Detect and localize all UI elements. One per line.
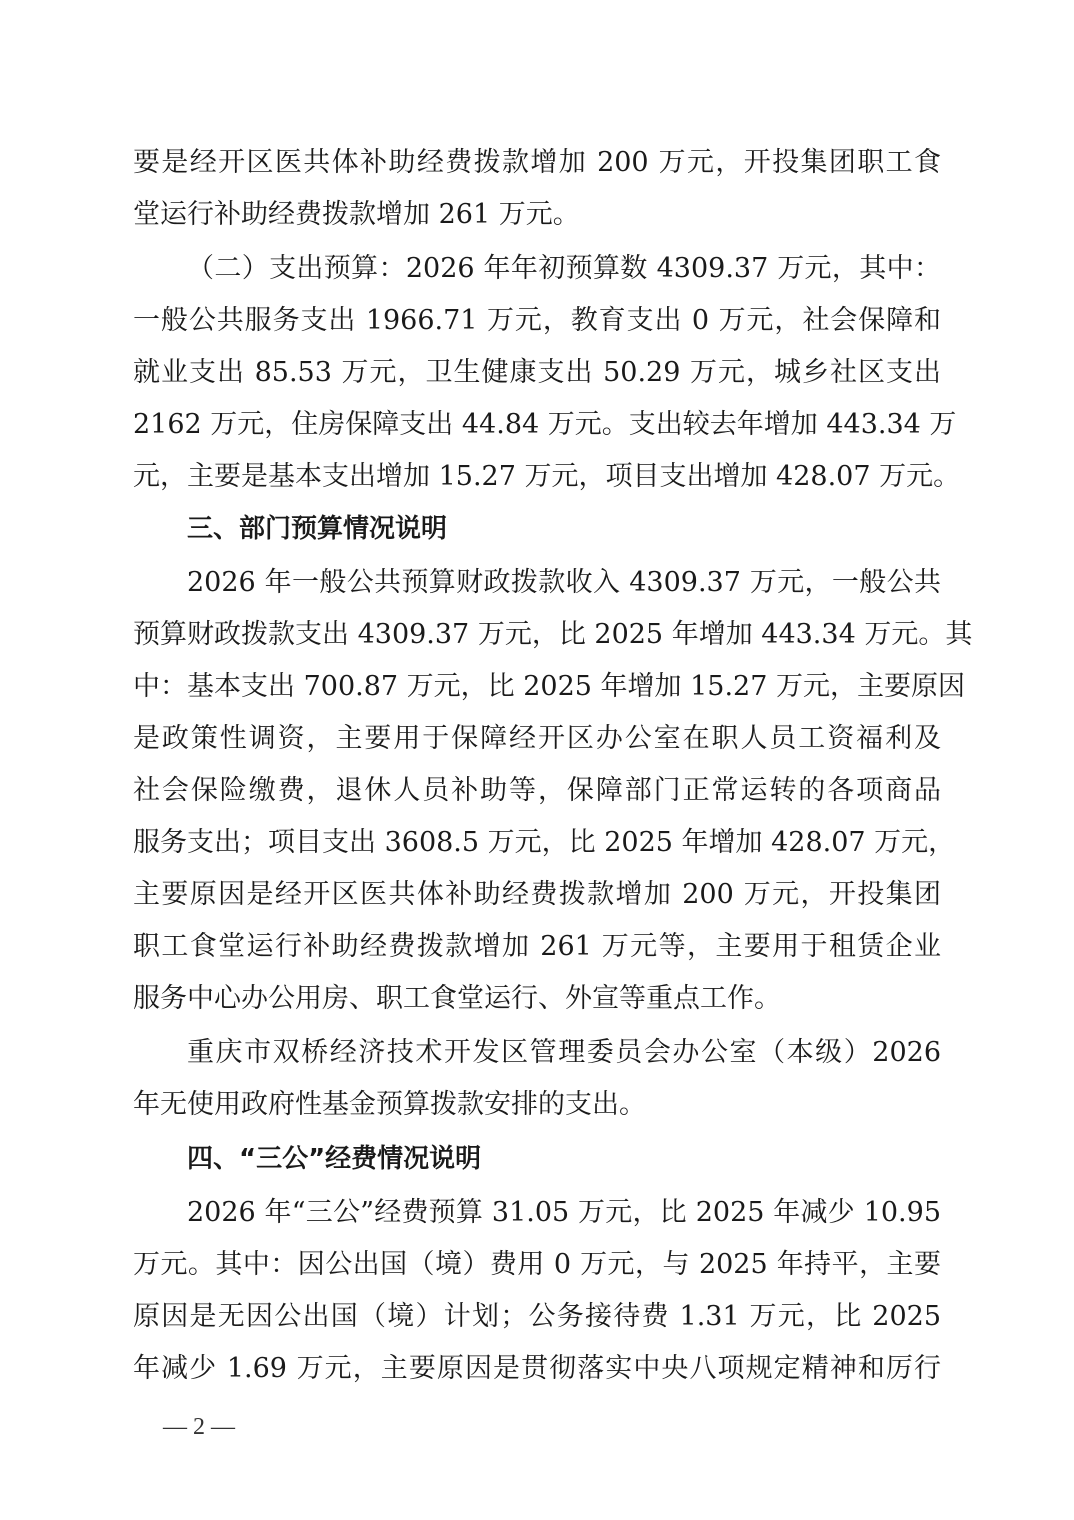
paragraph-first-line: （二）支出预算：2026 年年初预算数 4309.37 万元，其中： xyxy=(187,249,941,289)
paragraph-first-line: 重庆市双桥经济技术开发区管理委员会办公室（本级）2026 xyxy=(187,1033,941,1073)
body-text-line: 一般公共服务支出 1966.71 万元，教育支出 0 万元，社会保障和 xyxy=(133,301,941,341)
page-number: — 2 — xyxy=(163,1407,235,1447)
body-text-line: 元，主要是基本支出增加 15.27 万元，项目支出增加 428.07 万元。 xyxy=(133,457,941,497)
body-text-line: 万元。其中：因公出国（境）费用 0 万元，与 2025 年持平，主要 xyxy=(133,1245,941,1285)
body-text-line: 中：基本支出 700.87 万元，比 2025 年增加 15.27 万元，主要原… xyxy=(133,667,941,707)
paragraph-last-line: 年无使用政府性基金预算拨款安排的支出。 xyxy=(133,1085,941,1125)
body-text-line: 就业支出 85.53 万元，卫生健康支出 50.29 万元，城乡社区支出 xyxy=(133,353,941,393)
body-text-line: 职工食堂运行补助经费拨款增加 261 万元等，主要用于租赁企业 xyxy=(133,927,941,967)
body-text-line: 预算财政拨款支出 4309.37 万元，比 2025 年增加 443.34 万元… xyxy=(133,615,941,655)
body-text-line: 是政策性调资，主要用于保障经开区办公室在职人员工资福利及 xyxy=(133,719,941,759)
body-text-line: 社会保险缴费，退休人员补助等，保障部门正常运转的各项商品 xyxy=(133,771,941,811)
body-text-line: 年减少 1.69 万元，主要原因是贯彻落实中央八项规定精神和厉行 xyxy=(133,1349,941,1389)
body-text-line: 主要原因是经开区医共体补助经费拨款增加 200 万元，开投集团 xyxy=(133,875,941,915)
body-text-line: 2162 万元，住房保障支出 44.84 万元。支出较去年增加 443.34 万 xyxy=(133,405,941,445)
section-heading: 四、“三公”经费情况说明 xyxy=(187,1139,481,1179)
document-page: 要是经开区医共体补助经费拨款增加 200 万元，开投集团职工食堂运行补助经费拨款… xyxy=(0,0,1074,1520)
paragraph-last-line: 服务中心办公用房、职工食堂运行、外宣等重点工作。 xyxy=(133,979,941,1019)
paragraph-first-line: 2026 年一般公共预算财政拨款收入 4309.37 万元，一般公共 xyxy=(187,563,941,603)
paragraph-last-line: 堂运行补助经费拨款增加 261 万元。 xyxy=(133,195,941,235)
body-text-line: 原因是无因公出国（境）计划；公务接待费 1.31 万元，比 2025 xyxy=(133,1297,941,1337)
section-heading: 三、部门预算情况说明 xyxy=(187,509,447,549)
paragraph-first-line: 2026 年“三公”经费预算 31.05 万元，比 2025 年减少 10.95 xyxy=(187,1193,941,1233)
body-text-line: 服务支出；项目支出 3608.5 万元，比 2025 年增加 428.07 万元… xyxy=(133,823,941,863)
body-text-line: 要是经开区医共体补助经费拨款增加 200 万元，开投集团职工食 xyxy=(133,143,941,183)
